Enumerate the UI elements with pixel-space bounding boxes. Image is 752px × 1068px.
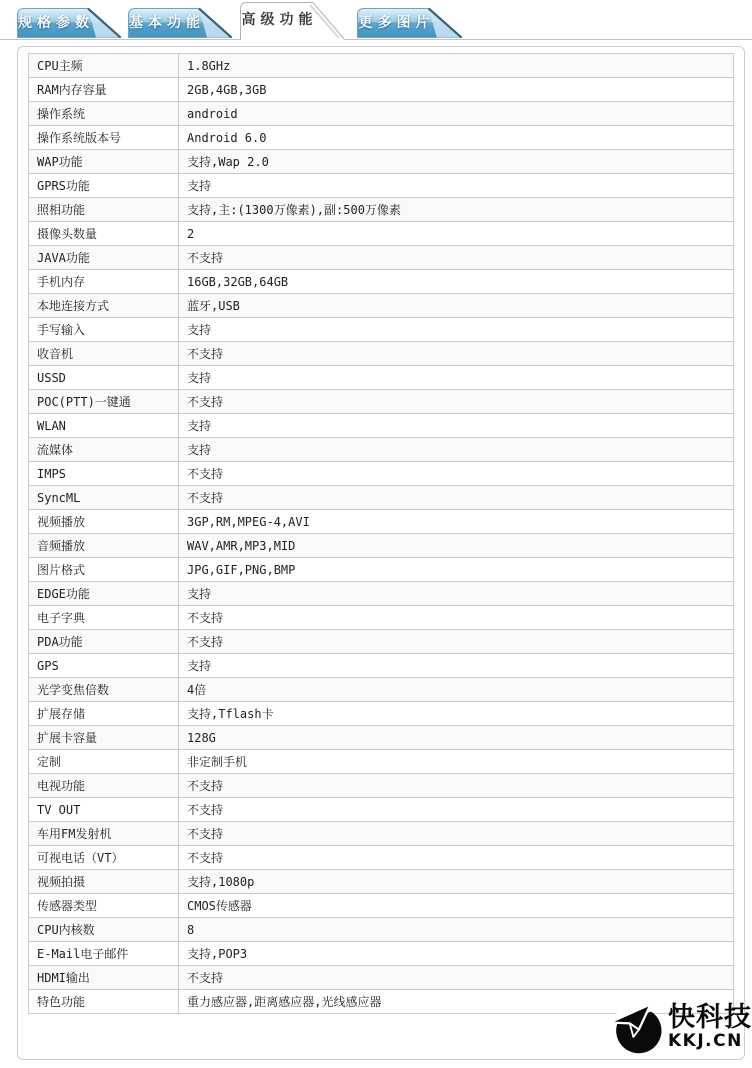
spec-label: 视频拍摄 [29,870,179,894]
spec-row: IMPS不支持 [29,462,734,486]
spec-label: 操作系统 [29,102,179,126]
spec-value: 不支持 [179,606,734,630]
spec-row: 音频播放WAV,AMR,MP3,MID [29,534,734,558]
tab-advanced-functions[interactable]: 高级功能 [240,2,345,40]
spec-row: 流媒体支持 [29,438,734,462]
spec-row: 本地连接方式蓝牙,USB [29,294,734,318]
spec-value: 支持 [179,438,734,462]
spec-row: PDA功能不支持 [29,630,734,654]
spec-value: 支持 [179,582,734,606]
spec-value: 支持 [179,414,734,438]
spec-value: 支持,Wap 2.0 [179,150,734,174]
spec-value: 不支持 [179,390,734,414]
spec-value: Android 6.0 [179,126,734,150]
paper-plane-icon [608,998,666,1056]
spec-label: GPRS功能 [29,174,179,198]
spec-row: 视频播放3GP,RM,MPEG-4,AVI [29,510,734,534]
tab-label: 规格参数 [17,8,121,38]
spec-value: 不支持 [179,966,734,990]
spec-table: CPU主频1.8GHzRAM内存容量2GB,4GB,3GB操作系统android… [28,53,734,1014]
spec-label: E-Mail电子邮件 [29,942,179,966]
spec-value: 支持 [179,654,734,678]
spec-value: 128G [179,726,734,750]
tab-specifications[interactable]: 规格参数 [17,8,121,38]
spec-row: 手机内存16GB,32GB,64GB [29,270,734,294]
spec-value: 不支持 [179,342,734,366]
spec-value: android [179,102,734,126]
tab-label: 基本功能 [128,8,232,38]
spec-value: 支持,Tflash卡 [179,702,734,726]
spec-value: 2GB,4GB,3GB [179,78,734,102]
spec-value: 支持,主:(1300万像素),副:500万像素 [179,198,734,222]
spec-label: POC(PTT)一键通 [29,390,179,414]
spec-label: 流媒体 [29,438,179,462]
spec-row: USSD支持 [29,366,734,390]
spec-row: E-Mail电子邮件支持,POP3 [29,942,734,966]
tab-underline [0,39,752,40]
spec-label: PDA功能 [29,630,179,654]
spec-row: TV OUT不支持 [29,798,734,822]
spec-row: 电视功能不支持 [29,774,734,798]
spec-row: 传感器类型CMOS传感器 [29,894,734,918]
tab-label: 更多图片 [357,8,462,38]
spec-label: 光学变焦倍数 [29,678,179,702]
tab-basic-functions[interactable]: 基本功能 [128,8,232,38]
spec-value: 不支持 [179,462,734,486]
spec-row: 操作系统android [29,102,734,126]
spec-label: 扩展卡容量 [29,726,179,750]
spec-row: 摄像头数量2 [29,222,734,246]
spec-row: 扩展卡容量128G [29,726,734,750]
spec-row: JAVA功能不支持 [29,246,734,270]
spec-row: CPU主频1.8GHz [29,54,734,78]
spec-row: WAP功能支持,Wap 2.0 [29,150,734,174]
spec-row: 收音机不支持 [29,342,734,366]
spec-label: RAM内存容量 [29,78,179,102]
spec-value: 4倍 [179,678,734,702]
spec-value: 支持 [179,318,734,342]
spec-label: 照相功能 [29,198,179,222]
spec-row: 视频拍摄支持,1080p [29,870,734,894]
tab-label: 高级功能 [240,2,345,38]
spec-label: 视频播放 [29,510,179,534]
spec-label: WAP功能 [29,150,179,174]
spec-label: 车用FM发射机 [29,822,179,846]
spec-label: IMPS [29,462,179,486]
spec-value: 不支持 [179,630,734,654]
spec-label: EDGE功能 [29,582,179,606]
spec-value: 支持 [179,174,734,198]
spec-value: 1.8GHz [179,54,734,78]
spec-label: CPU主频 [29,54,179,78]
spec-row: 照相功能支持,主:(1300万像素),副:500万像素 [29,198,734,222]
spec-value: 8 [179,918,734,942]
spec-row: GPRS功能支持 [29,174,734,198]
spec-value: 16GB,32GB,64GB [179,270,734,294]
spec-row: 图片格式JPG,GIF,PNG,BMP [29,558,734,582]
spec-label: 音频播放 [29,534,179,558]
spec-label: HDMI输出 [29,966,179,990]
spec-label: SyncML [29,486,179,510]
spec-row: 定制非定制手机 [29,750,734,774]
spec-row: 手写输入支持 [29,318,734,342]
spec-label: USSD [29,366,179,390]
spec-label: 手机内存 [29,270,179,294]
spec-value: 支持,POP3 [179,942,734,966]
spec-label: 收音机 [29,342,179,366]
spec-value: 不支持 [179,798,734,822]
spec-row: CPU内核数8 [29,918,734,942]
spec-label: 电子字典 [29,606,179,630]
spec-row: WLAN支持 [29,414,734,438]
spec-label: 扩展存储 [29,702,179,726]
spec-value: 不支持 [179,822,734,846]
spec-value: 不支持 [179,846,734,870]
spec-value: 2 [179,222,734,246]
spec-value: CMOS传感器 [179,894,734,918]
spec-value: WAV,AMR,MP3,MID [179,534,734,558]
spec-label: 摄像头数量 [29,222,179,246]
spec-value: 不支持 [179,246,734,270]
spec-row: HDMI输出不支持 [29,966,734,990]
spec-label: 可视电话（VT） [29,846,179,870]
watermark-domain: KKJ.CN [668,1032,752,1050]
spec-label: 操作系统版本号 [29,126,179,150]
spec-row: SyncML不支持 [29,486,734,510]
spec-value: 支持,1080p [179,870,734,894]
spec-label: JAVA功能 [29,246,179,270]
spec-value: 非定制手机 [179,750,734,774]
spec-row: POC(PTT)一键通不支持 [29,390,734,414]
spec-value: JPG,GIF,PNG,BMP [179,558,734,582]
kkj-watermark: 快科技 KKJ.CN [608,998,752,1056]
spec-label: 电视功能 [29,774,179,798]
spec-row: 操作系统版本号Android 6.0 [29,126,734,150]
spec-value: 不支持 [179,486,734,510]
spec-panel: CPU主频1.8GHzRAM内存容量2GB,4GB,3GB操作系统android… [17,46,745,1060]
watermark-text: 快科技 KKJ.CN [668,1004,752,1050]
spec-value: 不支持 [179,774,734,798]
spec-label: CPU内核数 [29,918,179,942]
spec-value: 蓝牙,USB [179,294,734,318]
spec-label: 特色功能 [29,990,179,1014]
spec-label: 定制 [29,750,179,774]
spec-row: 可视电话（VT）不支持 [29,846,734,870]
spec-row: GPS支持 [29,654,734,678]
spec-label: 图片格式 [29,558,179,582]
spec-row: 光学变焦倍数4倍 [29,678,734,702]
spec-row: RAM内存容量2GB,4GB,3GB [29,78,734,102]
spec-row: EDGE功能支持 [29,582,734,606]
spec-row: 电子字典不支持 [29,606,734,630]
spec-label: WLAN [29,414,179,438]
spec-row: 扩展存储支持,Tflash卡 [29,702,734,726]
watermark-brand: 快科技 [668,1004,752,1032]
spec-row: 车用FM发射机不支持 [29,822,734,846]
tab-more-pictures[interactable]: 更多图片 [357,8,462,38]
spec-label: 传感器类型 [29,894,179,918]
spec-label: TV OUT [29,798,179,822]
spec-label: GPS [29,654,179,678]
spec-label: 本地连接方式 [29,294,179,318]
spec-value: 支持 [179,366,734,390]
spec-label: 手写输入 [29,318,179,342]
spec-value: 3GP,RM,MPEG-4,AVI [179,510,734,534]
